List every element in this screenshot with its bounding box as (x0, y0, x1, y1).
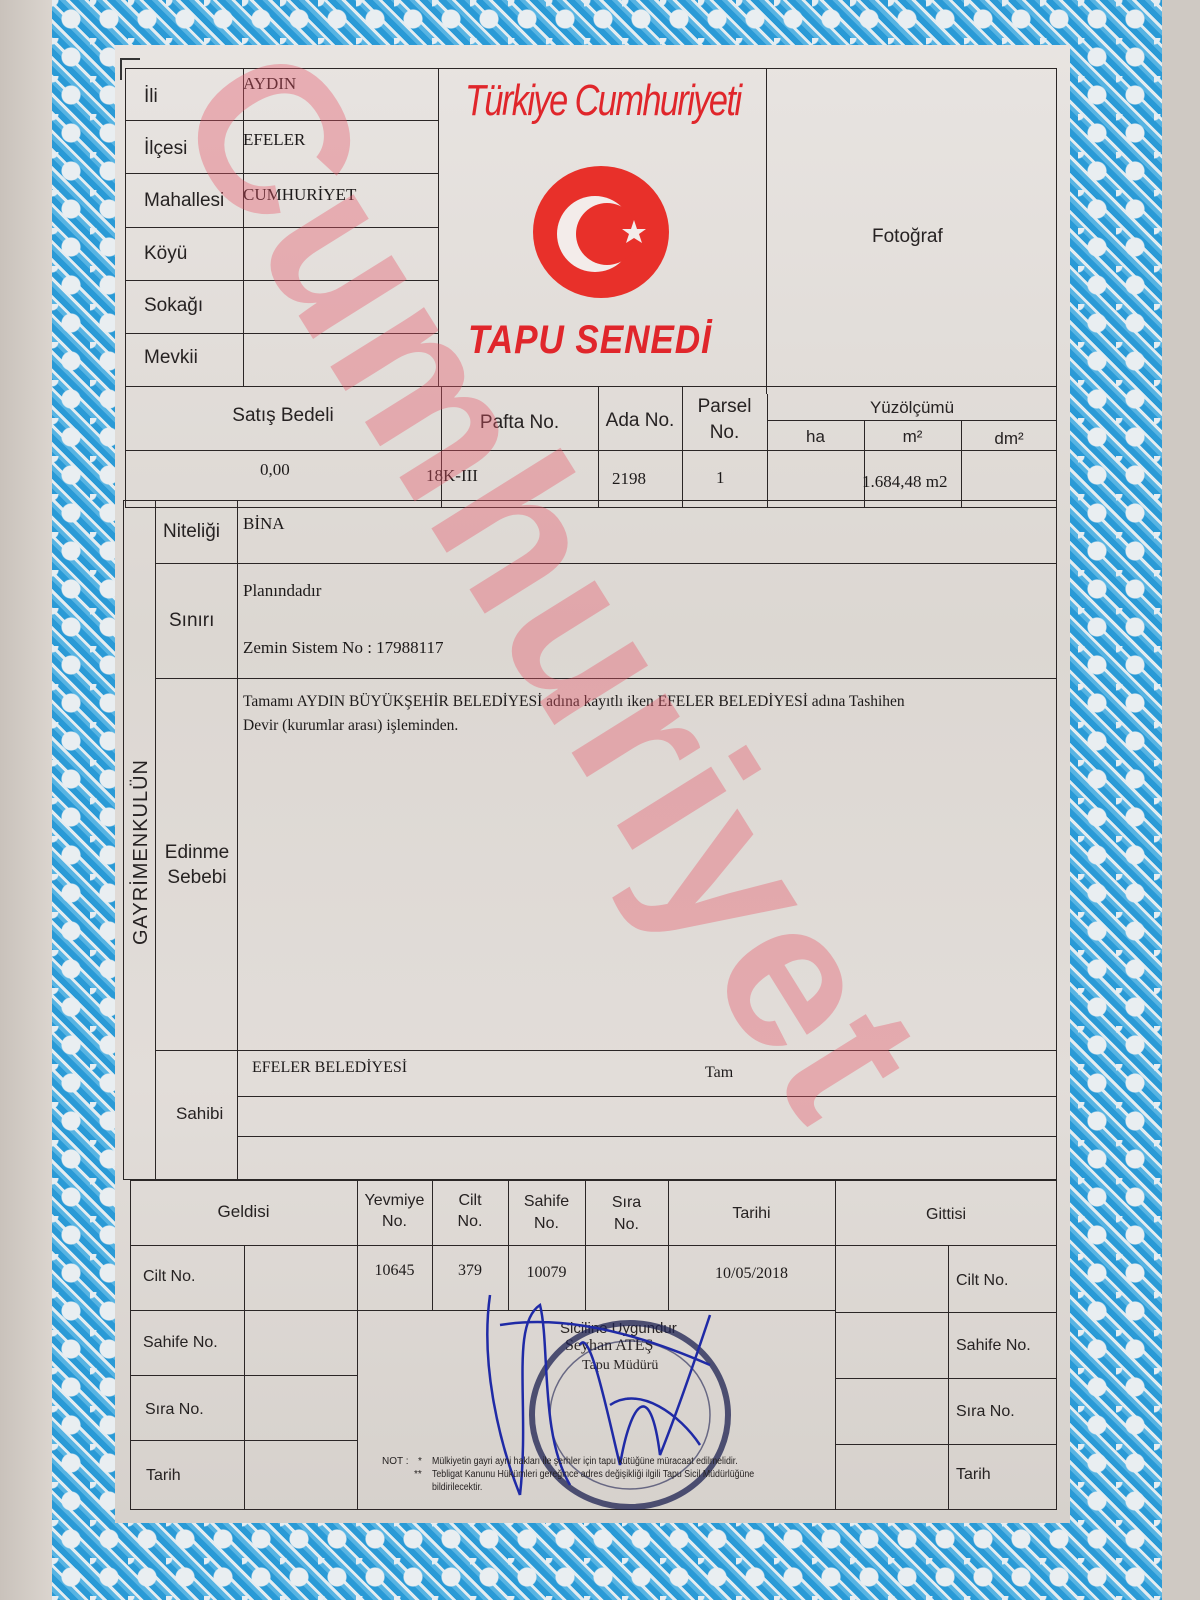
header-parsel-line1: Parsel (682, 396, 767, 418)
note-bullet2-cont: bildirilecektir. (432, 1482, 482, 1493)
value-ili: AYDIN (243, 74, 296, 94)
value-sahife-no: 10079 (508, 1264, 585, 1282)
divider (237, 1136, 1057, 1137)
geldisi-tarih-label: Tarih (146, 1467, 181, 1485)
divider (130, 1310, 357, 1311)
geldisi-sira-label: Sıra No. (145, 1401, 204, 1419)
value-satis-bedeli: 0,00 (260, 460, 290, 480)
stamp-line-name: Seyhan ATEŞ (565, 1337, 653, 1355)
value-edinme-line1: Tamamı AYDIN BÜYÜKŞEHİR BELEDİYESİ adına… (243, 693, 905, 711)
label-ili: İli (144, 86, 158, 108)
header-sira-line2: No. (585, 1216, 668, 1234)
photo-placeholder-label: Fotoğraf (872, 226, 943, 248)
document-title: TAPU SENEDİ (468, 318, 712, 363)
value-m2: 1.684,48 m2 (862, 472, 947, 492)
value-sahibi-share: Tam (705, 1064, 733, 1082)
gittisi-sira-label: Sıra No. (956, 1403, 1015, 1421)
value-parsel-no: 1 (716, 468, 725, 488)
divider (130, 1440, 357, 1441)
note-prefix: NOT : (382, 1456, 408, 1467)
header-pafta-no: Pafta No. (441, 412, 598, 434)
header-cilt-line1: Cilt (432, 1192, 508, 1210)
label-edinme-line2: Sebebi (155, 867, 239, 889)
geldisi-cilt-label: Cilt No. (143, 1268, 195, 1286)
divider (237, 1096, 1057, 1097)
divider (130, 1375, 357, 1376)
value-siniri-line2: Zemin Sistem No : 17988117 (243, 638, 444, 658)
property-section (123, 500, 1057, 1180)
divider (835, 1444, 1057, 1445)
header-dm2: dm² (961, 429, 1057, 449)
divider (835, 1312, 1057, 1313)
header-cilt-line2: No. (432, 1213, 508, 1231)
value-niteligi: BİNA (243, 514, 285, 534)
stamp-line-siciline: Siciline Uygundur (560, 1320, 677, 1337)
gittisi-tarih-label: Tarih (956, 1466, 991, 1484)
divider (125, 280, 438, 281)
divider (155, 563, 1057, 564)
divider (125, 386, 1057, 387)
divider (438, 68, 439, 386)
divider (244, 1245, 245, 1510)
divider (668, 1180, 669, 1310)
divider (125, 227, 438, 228)
header-yevmiye-line1: Yevmiye (357, 1192, 432, 1210)
background-surface (0, 0, 58, 1600)
divider (835, 1378, 1057, 1379)
divider (155, 500, 156, 1180)
value-mahallesi: CUMHURİYET (243, 185, 356, 205)
divider (441, 386, 442, 508)
section-label-gayrimenkulun: GAYRİMENKULÜN (130, 759, 153, 945)
label-edinme-line1: Edinme (155, 842, 239, 864)
geldisi-sahife-label: Sahife No. (143, 1334, 218, 1352)
label-siniri: Sınırı (169, 610, 214, 632)
header-parsel-line2: No. (682, 422, 767, 444)
header-sira-line1: Sıra (585, 1194, 668, 1212)
header-ha: ha (767, 427, 864, 447)
note-bullet1-mark: * (418, 1456, 422, 1467)
divider (598, 386, 599, 508)
divider (130, 1245, 1057, 1246)
divider (155, 1050, 1057, 1051)
header-yevmiye-line2: No. (357, 1213, 432, 1231)
note-bullet2-mark: ** (414, 1469, 422, 1480)
header-title: Türkiye Cumhuriyeti (465, 76, 741, 126)
header-m2: m² (864, 427, 961, 447)
header-gittisi: Gittisi (835, 1206, 1057, 1224)
note-bullet2: Tebligat Kanunu Hükümleri gereğince adre… (432, 1469, 754, 1480)
label-sokagi: Sokağı (144, 295, 203, 317)
divider (155, 678, 1057, 679)
label-koyu: Köyü (144, 243, 187, 265)
value-pafta-no: 18K-III (426, 466, 478, 486)
value-yevmiye-no: 10645 (357, 1262, 432, 1280)
label-sahibi: Sahibi (176, 1104, 223, 1124)
value-tarihi: 10/05/2018 (668, 1265, 835, 1283)
header-tarihi: Tarihi (668, 1205, 835, 1223)
divider (835, 1180, 836, 1510)
header-yuzolcumu: Yüzölçümü (767, 398, 1057, 418)
divider (767, 420, 1057, 421)
header-satis-bedeli: Satış Bedeli (125, 405, 441, 427)
gittisi-cilt-label: Cilt No. (956, 1272, 1008, 1290)
note-bullet1: Mülkiyetin gayri ayni hakları ile şerhle… (432, 1456, 738, 1467)
value-edinme-line2: Devir (kurumlar arası) işleminden. (243, 717, 458, 735)
divider (125, 120, 438, 121)
stamp-line-title: Tapu Müdürü (582, 1358, 658, 1374)
divider (357, 1310, 835, 1311)
value-cilt-no: 379 (432, 1262, 508, 1280)
crescent-star-emblem-icon (531, 162, 671, 302)
divider (125, 450, 1057, 451)
divider (237, 500, 238, 1180)
label-niteligi: Niteliği (163, 521, 220, 543)
divider (766, 68, 767, 394)
header-geldisi: Geldisi (130, 1202, 357, 1222)
divider (125, 173, 438, 174)
header-ada-no: Ada No. (598, 410, 682, 432)
value-siniri-line1: Planındadır (243, 581, 321, 601)
value-ilcesi: EFELER (243, 130, 305, 150)
value-sahibi-name: EFELER BELEDİYESİ (252, 1059, 407, 1077)
header-sahife-line2: No. (508, 1215, 585, 1233)
header-sahife-line1: Sahife (508, 1193, 585, 1211)
divider (125, 333, 438, 334)
value-ada-no: 2198 (612, 469, 646, 489)
label-mahallesi: Mahallesi (144, 190, 224, 212)
label-mevkii: Mevkii (144, 347, 198, 369)
label-ilcesi: İlçesi (144, 138, 187, 160)
gittisi-sahife-label: Sahife No. (956, 1337, 1031, 1355)
